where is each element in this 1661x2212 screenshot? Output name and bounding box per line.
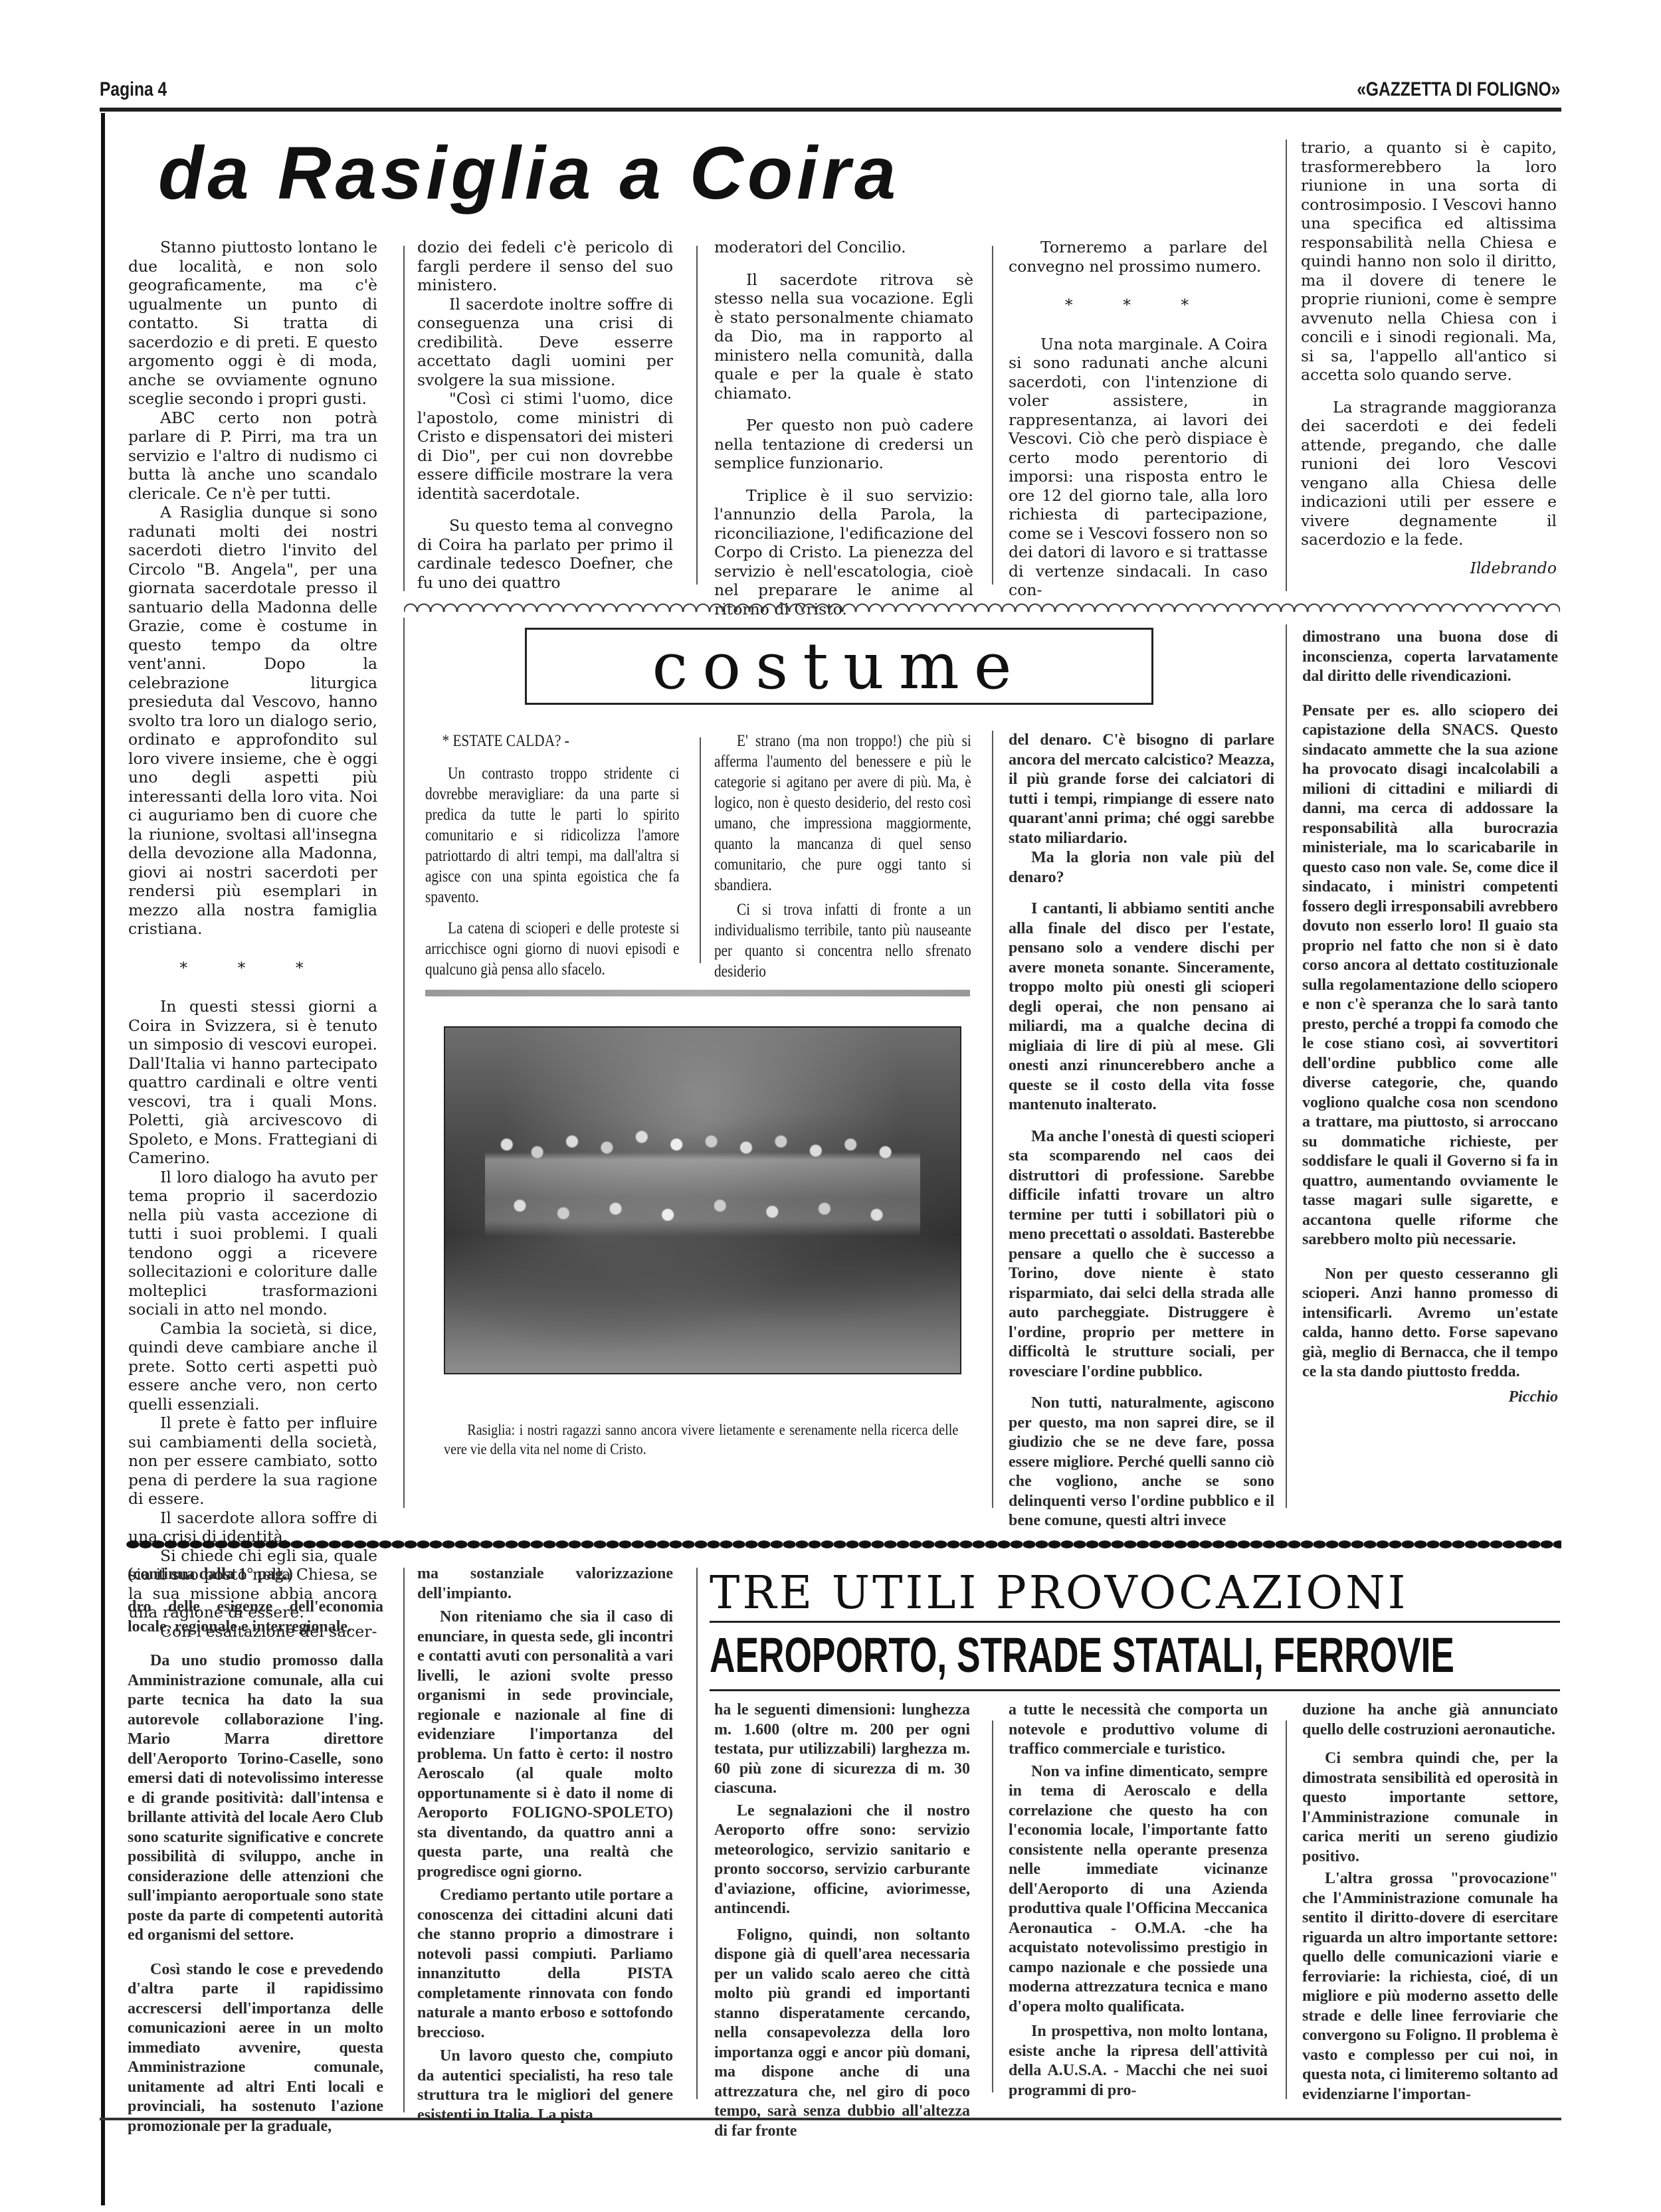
decorative-band	[425, 990, 970, 996]
costume-column-4: dimostrano una buona dose di inconscienz…	[1302, 628, 1558, 1407]
paragraph: Così stando le cose e prevedendo d'altra…	[128, 1960, 383, 2137]
page-number: Pagina 4	[100, 78, 167, 101]
paragraph: Triplice è il suo servizio: l'annunzio d…	[714, 486, 973, 619]
section-title-costume: costume	[525, 628, 1153, 705]
paragraph: Non tutti, naturalmente, agiscono per qu…	[1009, 1394, 1274, 1531]
paragraph: Una nota marginale. A Coira si sono radu…	[1009, 335, 1268, 600]
provocazioni-column-2: ma sostanziale valorizzazione dell'impia…	[417, 1564, 673, 2125]
column-rule	[992, 246, 993, 585]
paragraph: "Così ci stimi l'uomo, dice l'apostolo, …	[417, 389, 673, 503]
rasiglia-column-1: Stanno piuttosto lontano le due località…	[128, 238, 377, 1641]
rasiglia-column-2: dozio dei fedeli c'è pericolo di fargli …	[417, 238, 673, 592]
paragraph: Da uno studio promosso dalla Amministraz…	[128, 1651, 383, 1946]
paragraph: a tutte le necessità che comporta un not…	[1009, 1701, 1268, 1760]
paragraph: Torneremo a parlare del convegno nel pro…	[1009, 238, 1268, 276]
title-tre-utili-provocazioni: TRE UTILI PROVOCAZIONI	[710, 1569, 1409, 1618]
provocazioni-column-1: dro delle esigenze dell'economia locale,…	[128, 1598, 383, 2136]
column-rule	[1286, 624, 1287, 1508]
subtitle-rule	[710, 1689, 1560, 1691]
paragraph: Il loro dialogo ha avuto per tema propri…	[128, 1168, 377, 1319]
paragraph: Su questo tema al convegno di Coira ha p…	[417, 516, 673, 592]
paragraph: Crediamo pertanto utile portare a conosc…	[417, 1886, 673, 2043]
paragraph: I cantanti, li abbiamo sentiti anche all…	[1009, 899, 1274, 1115]
group-photo	[444, 1026, 961, 1374]
paragraph: Ci si trova infatti di fronte a un indiv…	[714, 899, 971, 982]
paragraph: Il prete è fatto per influire sui cambia…	[128, 1414, 377, 1509]
paragraph: Non per questo cesseranno gli scioperi. …	[1302, 1265, 1558, 1382]
provocazioni-column-5: duzione ha anche già annunciato quello d…	[1302, 1701, 1558, 2104]
paragraph: La stragrande maggioranza dei sacerdoti …	[1301, 398, 1557, 549]
dotted-divider	[126, 1540, 1561, 1549]
footer-rule	[100, 2118, 1561, 2120]
paragraph: ABC certo non potrà parlare di P. Pirri,…	[128, 409, 377, 504]
photo-caption: Rasiglia: i nostri ragazzi sanno ancora …	[444, 1420, 959, 1459]
page-frame-left	[101, 113, 105, 2205]
photo-people-group	[485, 1114, 920, 1267]
column-rule	[403, 618, 405, 1508]
paragraph: Le segnalazioni che il nostro Aeroporto …	[714, 1801, 970, 1919]
paragraph: ma sostanziale valorizzazione dell'impia…	[417, 1564, 673, 1604]
paragraph: A Rasiglia dunque si sono radunati molti…	[128, 503, 377, 939]
newspaper-name: «GAZZETTA DI FOLIGNO»	[1357, 78, 1560, 101]
costume-column-3: del denaro. C'è bisogno di parlare ancor…	[1009, 731, 1274, 1531]
continuation-note: (continua dalla 1° pag.)	[128, 1564, 387, 1584]
paragraph: La catena di scioperi e delle proteste s…	[425, 918, 680, 980]
paragraph: E' strano (ma non troppo!) che più si af…	[714, 731, 971, 895]
title-rule	[710, 1621, 1560, 1623]
paragraph: ha le seguenti dimensioni: lunghezza m. …	[714, 1701, 970, 1799]
paragraph: Un contrasto troppo stridente ci dovrebb…	[425, 763, 680, 907]
paragraph: del denaro. C'è bisogno di parlare ancor…	[1009, 731, 1274, 848]
section-separator: * * *	[128, 959, 377, 978]
paragraph: dozio dei fedeli c'è pericolo di fargli …	[417, 238, 673, 295]
rasiglia-column-4: Torneremo a parlare del convegno nel pro…	[1009, 238, 1268, 600]
column-rule	[696, 1568, 698, 2099]
rasiglia-column-5: trario, a quanto si è capito, trasformer…	[1301, 138, 1557, 577]
paragraph: dimostrano una buona dose di inconscienz…	[1302, 628, 1558, 687]
author-signature: Picchio	[1302, 1388, 1558, 1408]
section-separator: * * *	[1009, 296, 1268, 315]
paragraph: In prospettiva, non molto lontana, esist…	[1009, 2022, 1268, 2100]
paragraph: Non va infine dimenticato, sempre in tem…	[1009, 1762, 1268, 2017]
subtitle-aeroporto: AEROPORTO, STRADE STATALI, FERROVIE	[710, 1629, 1454, 1682]
paragraph: Ma anche l'onestà di questi scioperi sta…	[1009, 1127, 1274, 1382]
paragraph: Un lavoro questo che, compiuto da autent…	[417, 2047, 673, 2125]
column-rule	[696, 246, 698, 585]
header-rule	[100, 108, 1561, 112]
costume-column-2: E' strano (ma non troppo!) che più si af…	[714, 731, 970, 982]
column-rule	[1286, 1720, 1287, 2099]
paragraph: dro delle esigenze dell'economia locale,…	[128, 1598, 383, 1637]
costume-column-1: * ESTATE CALDA? - Un contrasto troppo st…	[425, 731, 681, 980]
column-rule	[992, 731, 993, 1508]
column-rule	[700, 737, 701, 963]
paragraph: Stanno piuttosto lontano le due località…	[128, 238, 377, 409]
subhead-estate-calda: * ESTATE CALDA? -	[425, 731, 680, 751]
paragraph: In questi stessi giorni a Coira in Svizz…	[128, 997, 377, 1168]
paragraph: Non riteniamo che sia il caso di enuncia…	[417, 1608, 673, 1882]
paragraph: Ci sembra quindi che, per la dimostrata …	[1302, 1749, 1558, 1867]
column-rule	[403, 246, 405, 591]
paragraph: Pensate per es. allo sciopero dei capist…	[1302, 701, 1558, 1250]
paragraph: Il sacerdote ritrova sè stesso nella sua…	[714, 270, 973, 403]
rasiglia-column-3: moderatori del Concilio. Il sacerdote ri…	[714, 238, 973, 618]
paragraph: moderatori del Concilio.	[714, 238, 973, 257]
column-rule	[1286, 139, 1287, 591]
paragraph: Cambia la società, si dice, quindi deve …	[128, 1319, 377, 1414]
paragraph: L'altra grossa "provocazione" che l'Ammi…	[1302, 1869, 1558, 2104]
wavy-divider	[404, 601, 1560, 612]
column-rule	[992, 1720, 993, 2092]
author-signature: Ildebrando	[1301, 559, 1557, 578]
paragraph: Per questo non può cadere nella tentazio…	[714, 416, 973, 473]
paragraph: Foligno, quindi, non soltanto dispone gi…	[714, 1926, 970, 2142]
provocazioni-column-4: a tutte le necessità che comporta un not…	[1009, 1701, 1268, 2100]
paragraph: trario, a quanto si è capito, trasformer…	[1301, 138, 1557, 385]
headline-rasiglia-coira: da Rasiglia a Coira	[158, 136, 900, 211]
paragraph: Il sacerdote inoltre soffre di conseguen…	[417, 295, 673, 390]
column-rule	[403, 1568, 405, 2112]
paragraph: duzione ha anche già annunciato quello d…	[1302, 1701, 1558, 1740]
paragraph: Ma la gloria non vale più del denaro?	[1009, 848, 1274, 887]
provocazioni-column-3: ha le seguenti dimensioni: lunghezza m. …	[714, 1701, 970, 2141]
